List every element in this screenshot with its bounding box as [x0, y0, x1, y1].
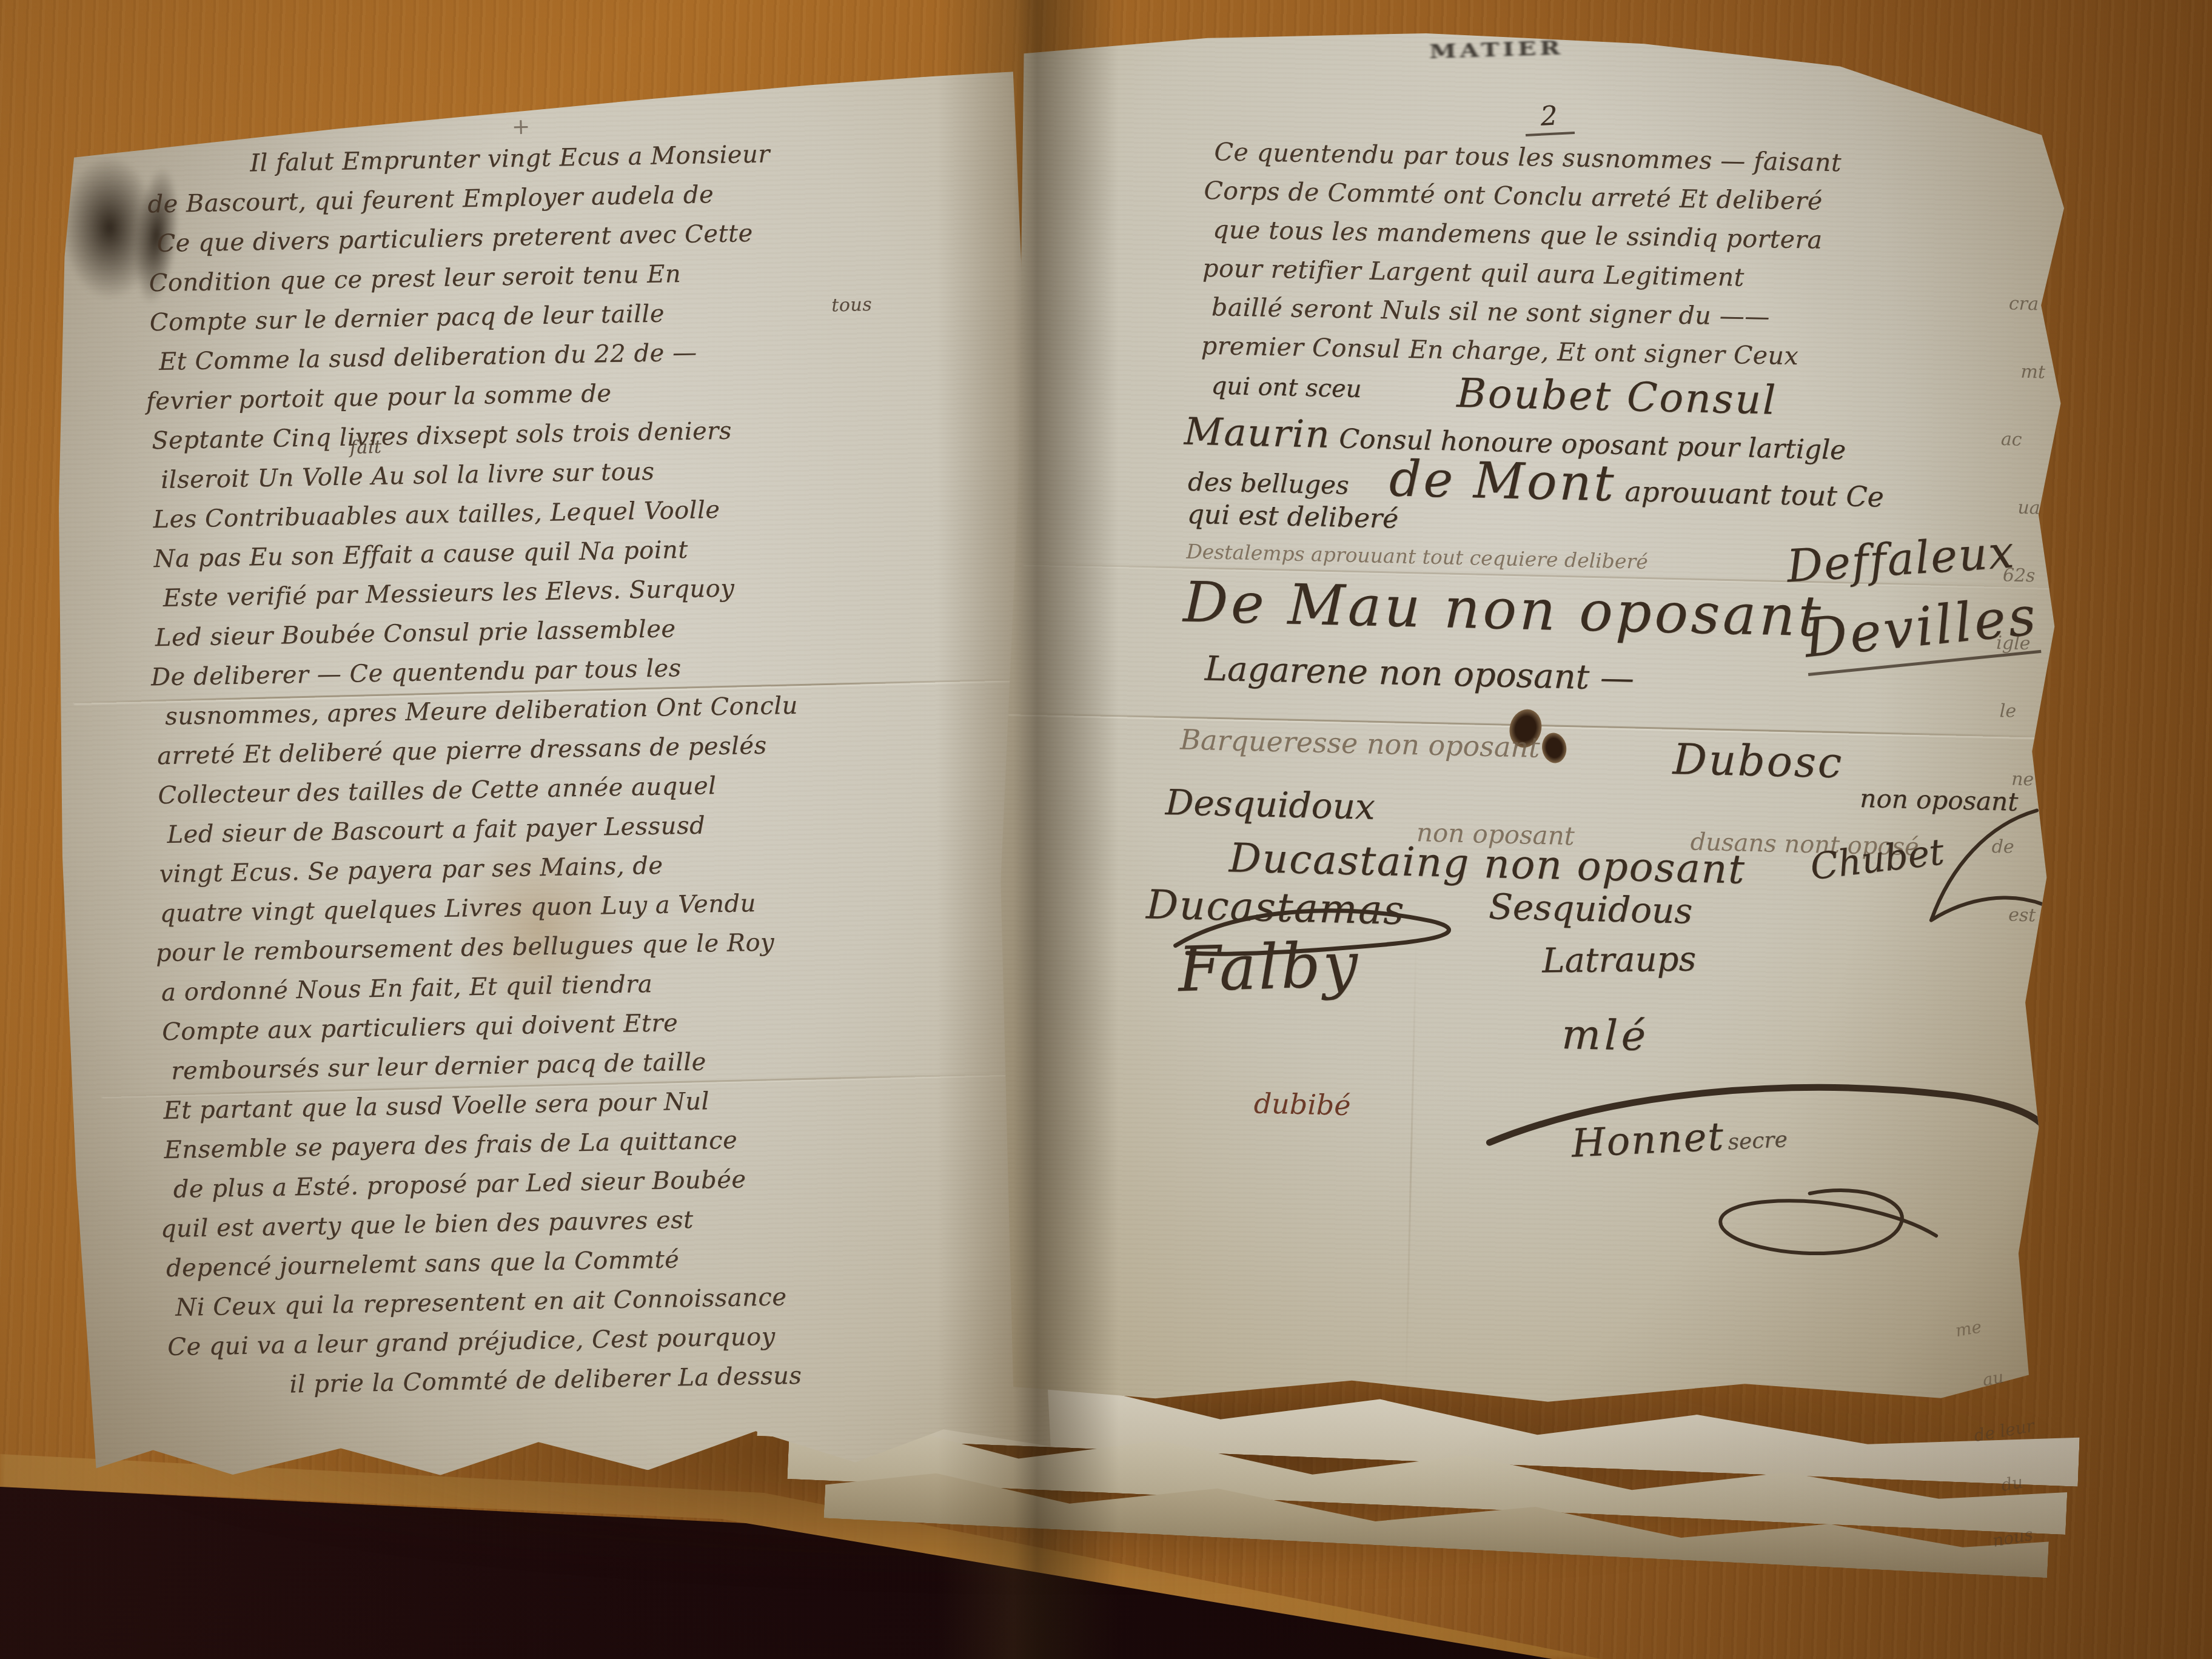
signature-dubibe: dubibé: [1253, 1087, 1351, 1122]
signature-sesquidous: Sesquidous: [1488, 886, 1692, 932]
edge-fragment: mt: [2020, 338, 2049, 407]
signature-ducastaing: Ducastaing non oposant: [1228, 834, 1746, 893]
signature-ducastamas: Ducastamas: [1145, 881, 1406, 934]
signature-note: secre: [1727, 1127, 1788, 1155]
page-number: 2: [1524, 99, 1574, 136]
manuscript-line: il prie la Commté de deliberer La dessus: [289, 1356, 810, 1405]
corner-fragment: me: [1951, 1295, 2020, 1358]
edge-fragment: le: [1999, 677, 2041, 746]
signature-lagarene: Lagarene non oposant —: [1204, 649, 1634, 698]
edge-text-fragments: cramtacua62siglelenedeest: [1994, 270, 2051, 950]
ink-stamp: MATIER: [1429, 36, 1564, 62]
corner-fragment: du: [1997, 1452, 2048, 1512]
superscript-word: tous: [831, 294, 873, 317]
corner-fragment: de leur: [1969, 1399, 2039, 1463]
signature-name: Maurin: [1184, 409, 1331, 457]
left-page: + Il falut Emprunter vingt Ecus a Monsie…: [41, 65, 1063, 1484]
text-des-belluges: des belluges: [1187, 467, 1349, 500]
signature-latraups: Latraups: [1542, 939, 1697, 980]
signature-barqueresse: Barqueresse non oposant: [1180, 723, 1540, 763]
signature-desquidoux: Desquidoux: [1165, 782, 1375, 828]
edge-fragment: ac: [2000, 406, 2048, 475]
signature-name: Honnet: [1570, 1114, 1726, 1167]
corner-fragment: au: [1978, 1347, 2029, 1407]
signature-falby: Falby: [1177, 928, 1361, 1006]
right-page: MATIER 2 Ce quentendu par tous les susno…: [980, 17, 2103, 1436]
text-qui-est-delibere: qui est deliberé: [1187, 499, 1399, 535]
left-page-text: Il falut Emprunter vingt Ecus a Monsieur…: [147, 135, 810, 1407]
signature-destalemps: Destalemps aprouuant tout cequiere delib…: [1186, 540, 1648, 574]
signature-demont: de Mont aprouuant tout Ce: [1389, 450, 1885, 518]
paper-hole: [1540, 731, 1569, 765]
edge-fragment: 62s: [2002, 541, 2045, 610]
signature-deffaleux: Deffaleux: [1785, 526, 2017, 592]
signature-boubet: Boubet Consul: [1456, 370, 1778, 424]
signature-name: de Mont: [1389, 450, 1617, 512]
edge-fragment: de: [1991, 813, 2038, 882]
signature-mle: mlé: [1561, 1011, 1650, 1061]
signature-dubosc: Dubosc: [1672, 734, 1844, 788]
edge-fragment: est: [2008, 882, 2037, 950]
fold-crease: [1405, 936, 1417, 1396]
text-qui-ont-sceu: qui ont sceu: [1211, 372, 1362, 404]
signature-demau: De Mau non oposant: [1182, 570, 1824, 649]
photo-stage: + Il falut Emprunter vingt Ecus a Monsie…: [0, 0, 2212, 1659]
left-page-mark: +: [511, 115, 531, 140]
signature-honnet: Honnet secre: [1570, 1111, 1788, 1167]
corner-fragment: nous: [1988, 1504, 2057, 1567]
right-page-text: Ce quentendu par tous les susnommes — fa…: [1210, 132, 1842, 376]
signature-note: non oposant: [1860, 783, 2019, 817]
edge-fragment: igle: [1996, 609, 2043, 679]
signature-note: aprouuant tout Ce: [1615, 475, 1884, 514]
pen-flourish: [1668, 1172, 1949, 1293]
superscript-word: fait: [349, 437, 381, 458]
